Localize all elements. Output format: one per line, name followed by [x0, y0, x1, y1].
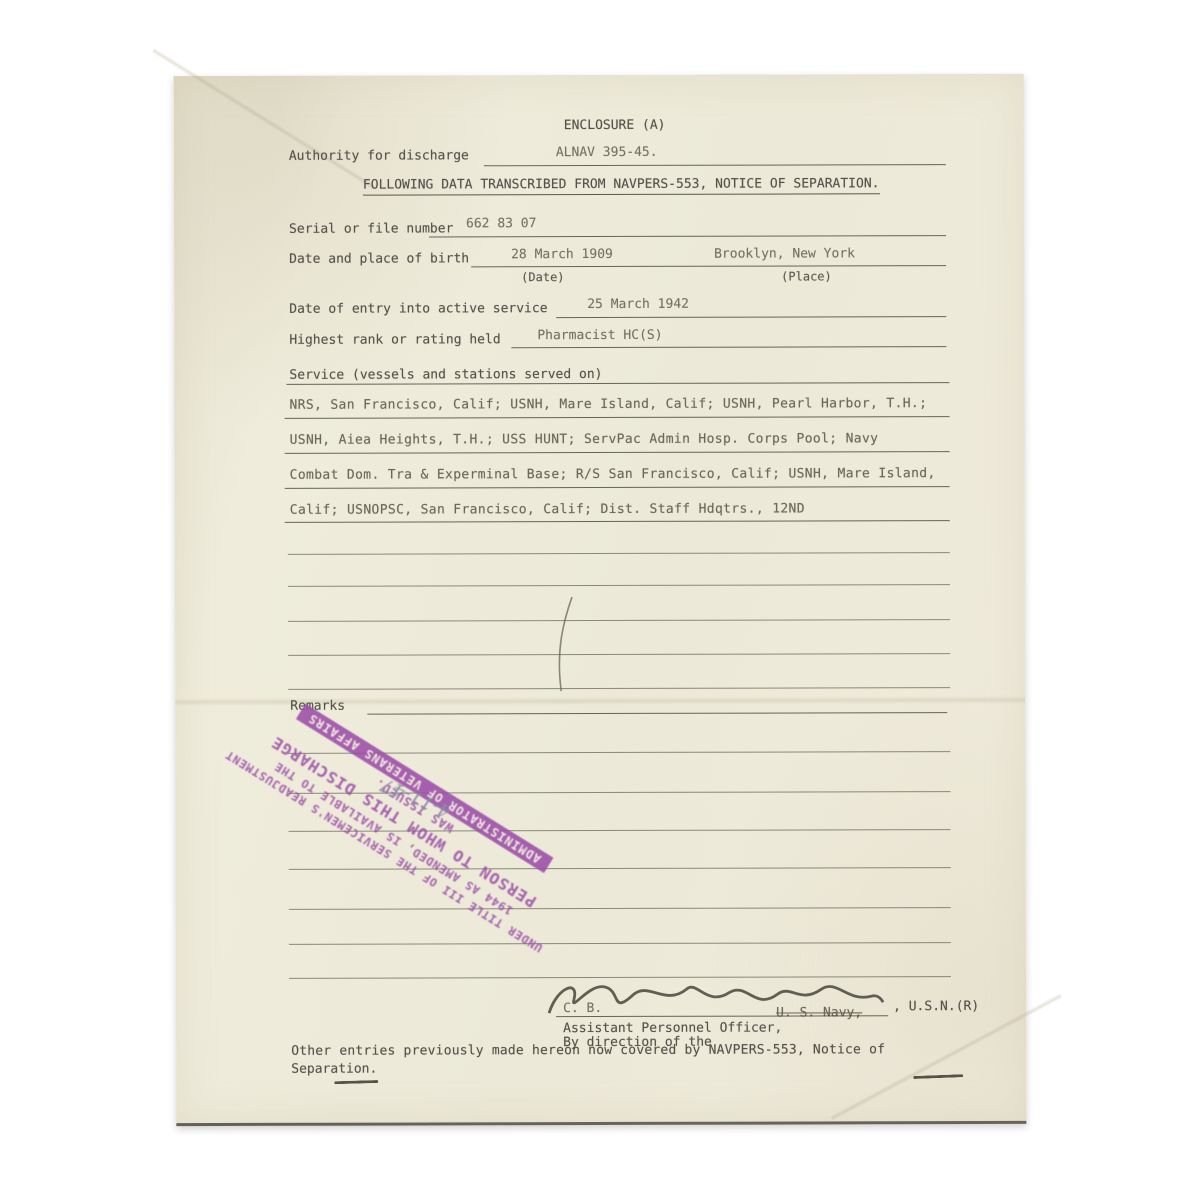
rank-label: Highest rank or rating held [289, 332, 500, 348]
ruled-line [285, 451, 950, 454]
ruled-line [471, 265, 946, 267]
ruled-line [285, 486, 950, 489]
pen-slash-mark [550, 595, 580, 695]
birth-place-value: Brooklyn, New York [714, 246, 855, 261]
ruled-line [484, 164, 946, 166]
birth-label: Date and place of birth [289, 251, 469, 266]
ruled-line [288, 584, 950, 587]
ruled-line [429, 235, 946, 237]
birth-date-value: 28 March 1909 [511, 247, 613, 262]
place-caption: (Place) [781, 269, 832, 283]
ruled-line [289, 907, 951, 910]
serial-label: Serial or file number [289, 221, 453, 236]
transcription-notice: FOLLOWING DATA TRANSCRIBED FROM NAVPERS-… [363, 176, 880, 195]
ruled-line [288, 653, 950, 656]
struck-text: U. S. Navy, [776, 1005, 862, 1020]
pen-dash-mark [913, 1074, 963, 1079]
service-label: Service (vessels and stations served on) [289, 367, 602, 383]
entry-label: Date of entry into active service [289, 301, 547, 317]
ruled-line [285, 520, 950, 523]
enclosure-heading: ENCLOSURE (A) [564, 118, 666, 133]
ruled-line [289, 867, 951, 870]
ruled-line [288, 619, 950, 622]
usnr-suffix: , U.S.N.(R) [893, 999, 979, 1014]
typed-name-prefix: C. B. [563, 1001, 602, 1016]
pen-dash-mark [334, 1080, 378, 1084]
service-line: NRS, San Francisco, Calif; USNH, Mare Is… [289, 396, 927, 413]
authority-label: Authority for discharge [289, 148, 469, 163]
ruled-line [288, 552, 950, 555]
stamp-line: PERSON TO WHOM THIS DISCHARGE [243, 717, 566, 927]
ruled-line [511, 346, 946, 348]
signer-title: Assistant Personnel Officer, [563, 1021, 782, 1037]
entry-value: 25 March 1942 [587, 297, 689, 312]
corner-crease [152, 48, 376, 190]
date-caption: (Date) [521, 270, 564, 284]
ruled-line [367, 712, 947, 715]
ruled-line [289, 942, 951, 945]
authority-value: ALNAV 395-45. [556, 145, 658, 160]
footer-line-1: Other entries previously made hereon now… [291, 1042, 885, 1059]
service-line: Combat Dom. Tra & Experminal Base; R/S S… [290, 466, 936, 483]
footer-line-2: Separation. [291, 1062, 377, 1077]
ruled-line [285, 416, 950, 419]
ruled-line [556, 316, 946, 318]
document-paper: ENCLOSURE (A) Authority for discharge AL… [174, 74, 1027, 1126]
service-line: Calif; USNOPSC, San Francisco, Calif; Di… [290, 501, 805, 517]
service-line: USNH, Aiea Heights, T.H.; USS HUNT; Serv… [290, 431, 879, 448]
scanned-document-photo: ENCLOSURE (A) Authority for discharge AL… [0, 0, 1200, 1200]
rank-value: Pharmacist HC(S) [537, 328, 662, 343]
serial-value: 662 83 07 [466, 216, 536, 231]
